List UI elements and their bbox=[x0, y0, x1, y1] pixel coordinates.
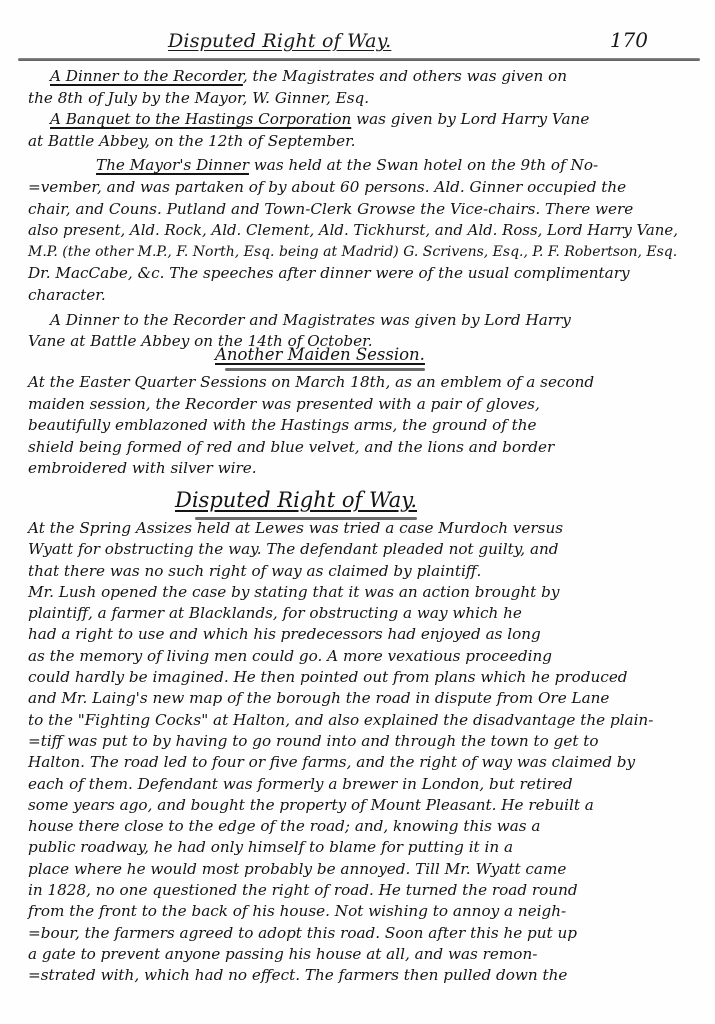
entry-mayors-dinner-line-1: The Mayor's Dinner was held at the Swan … bbox=[28, 155, 688, 177]
entry-recorder-dinner-line-1: A Dinner to the Recorder, the Magistrate… bbox=[28, 66, 688, 88]
text-line: At the Spring Assizes held at Lewes was … bbox=[28, 518, 688, 539]
page-number: 170 bbox=[610, 28, 648, 52]
text-line: M.P. (the other M.P., F. North, Esq. bei… bbox=[28, 242, 688, 264]
text-line: as the memory of living men could go. A … bbox=[28, 646, 688, 667]
entry-title: A Dinner to the Recorder bbox=[50, 67, 243, 85]
text-line: =bour, the farmers agreed to adopt this … bbox=[28, 923, 688, 944]
text-line: also present, Ald. Rock, Ald. Clement, A… bbox=[28, 220, 688, 242]
text-line: At the Easter Quarter Sessions on March … bbox=[28, 372, 688, 394]
text-line: Wyatt for obstructing the way. The defen… bbox=[28, 539, 688, 560]
text-line: to the "Fighting Cocks" at Halton, and a… bbox=[28, 710, 688, 731]
maiden-session-block: At the Easter Quarter Sessions on March … bbox=[28, 372, 688, 480]
entry-recorder-dinner-line-2: the 8th of July by the Mayor, W. Ginner,… bbox=[28, 88, 688, 110]
section-heading-maiden-session: Another Maiden Session. bbox=[215, 345, 425, 364]
text-line: Mr. Lush opened the case by stating that… bbox=[28, 582, 688, 603]
entry-banquet-line-1: A Banquet to the Hastings Corporation wa… bbox=[28, 109, 688, 131]
entries-block: A Dinner to the Recorder, the Magistrate… bbox=[28, 66, 688, 353]
header-rule bbox=[18, 58, 700, 61]
text-line: had a right to use and which his predece… bbox=[28, 624, 688, 645]
text-line: plaintiff, a farmer at Blacklands, for o… bbox=[28, 603, 688, 624]
text-line: place where he would most probably be an… bbox=[28, 859, 688, 880]
text-line: house there close to the edge of the roa… bbox=[28, 816, 688, 837]
section-heading-disputed-right-of-way: Disputed Right of Way. bbox=[175, 488, 417, 512]
text-line: from the front to the back of his house.… bbox=[28, 901, 688, 922]
entry-title: The Mayor's Dinner bbox=[96, 156, 249, 174]
text-line: character. bbox=[28, 285, 688, 307]
text-line: A Dinner to the Recorder and Magistrates… bbox=[28, 310, 688, 332]
text-line: shield being formed of red and blue velv… bbox=[28, 437, 688, 459]
running-title: Disputed Right of Way. bbox=[168, 30, 391, 52]
text-line: some years ago, and bought the property … bbox=[28, 795, 688, 816]
text-line: Dr. MacCabe, &c. The speeches after dinn… bbox=[28, 263, 688, 285]
text-line: a gate to prevent anyone passing his hou… bbox=[28, 944, 688, 965]
disputed-right-of-way-block: At the Spring Assizes held at Lewes was … bbox=[28, 518, 688, 987]
text-line: maiden session, the Recorder was present… bbox=[28, 394, 688, 416]
text-line: public roadway, he had only himself to b… bbox=[28, 837, 688, 858]
text-line: beautifully emblazoned with the Hastings… bbox=[28, 415, 688, 437]
page-header: Disputed Right of Way. 170 bbox=[18, 28, 698, 62]
text-line: in 1828, no one questioned the right of … bbox=[28, 880, 688, 901]
text-line: and Mr. Laing's new map of the borough t… bbox=[28, 688, 688, 709]
text-line: that there was no such right of way as c… bbox=[28, 561, 688, 582]
text-line: embroidered with silver wire. bbox=[28, 458, 688, 480]
manuscript-page: Disputed Right of Way. 170 A Dinner to t… bbox=[0, 0, 715, 1024]
entry-title: A Banquet to the Hastings Corporation bbox=[50, 110, 351, 128]
text-line: Halton. The road led to four or five far… bbox=[28, 752, 688, 773]
text-line: =tiff was put to by having to go round i… bbox=[28, 731, 688, 752]
text-line: =vember, and was partaken of by about 60… bbox=[28, 177, 688, 199]
text-line: chair, and Couns. Putland and Town-Clerk… bbox=[28, 199, 688, 221]
text-line: each of them. Defendant was formerly a b… bbox=[28, 774, 688, 795]
entry-banquet-line-2: at Battle Abbey, on the 12th of Septembe… bbox=[28, 131, 688, 153]
text-line: could hardly be imagined. He then pointe… bbox=[28, 667, 688, 688]
text-line: =strated with, which had no effect. The … bbox=[28, 965, 688, 986]
